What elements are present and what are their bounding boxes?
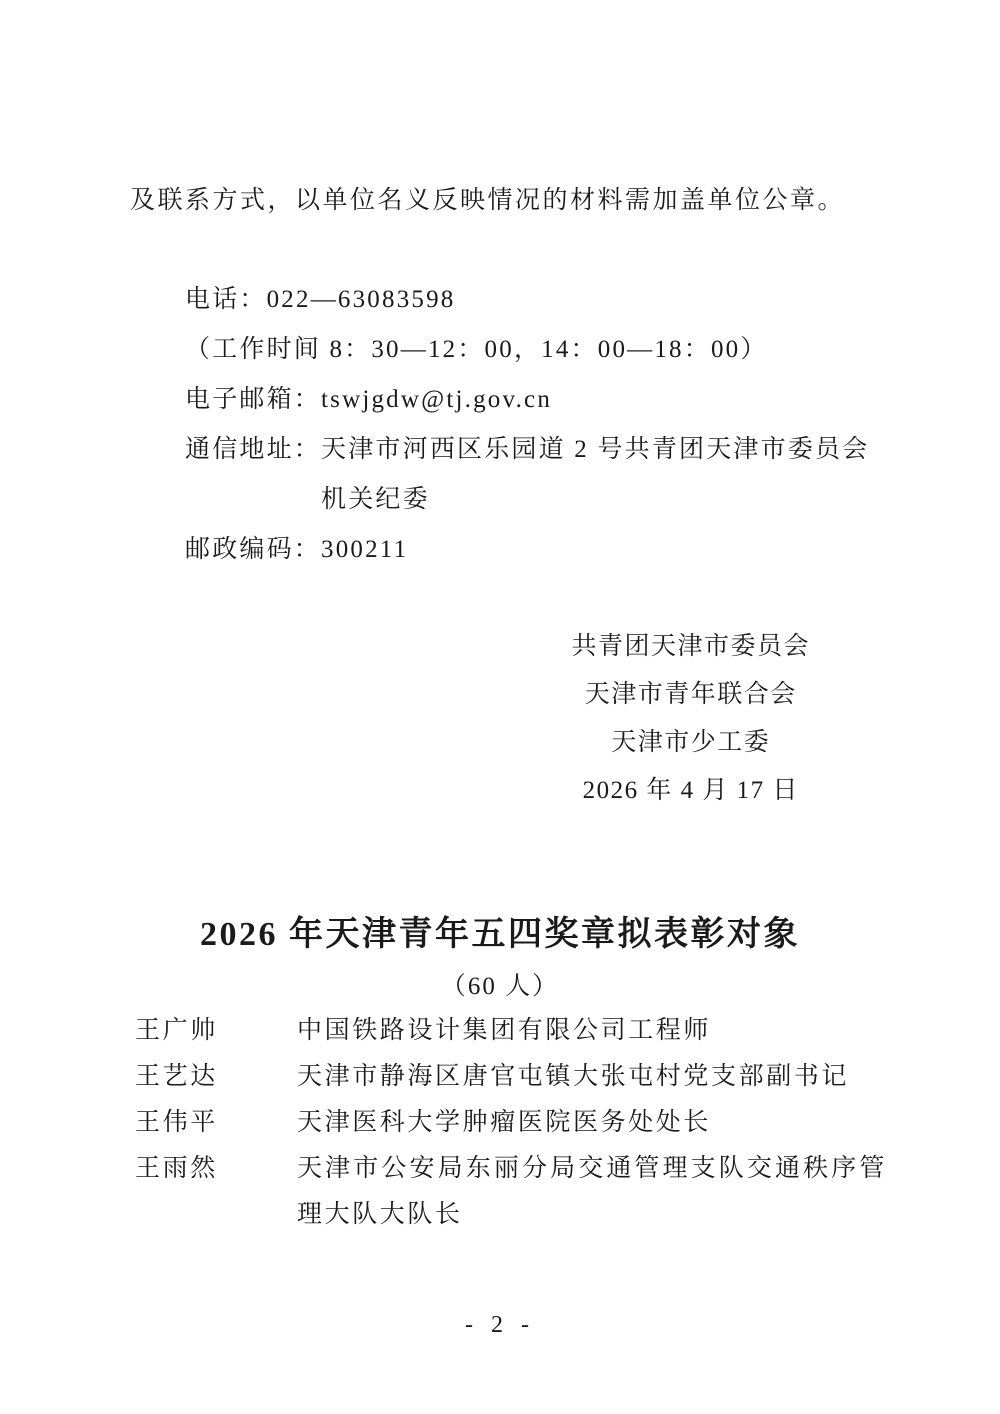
- list-item: 王伟平 天津医科大学肿瘤医院医务处处长: [135, 1100, 887, 1146]
- honoree-list: 王广帅 中国铁路设计集团有限公司工程师 王艺达 天津市静海区唐官屯镇大张屯村党支…: [135, 1008, 887, 1238]
- honoree-title: 天津市静海区唐官屯镇大张屯村党支部副书记: [297, 1054, 887, 1100]
- signature-date: 2026 年 4 月 17 日: [571, 767, 810, 815]
- contact-postal-code: 邮政编码：300211: [185, 525, 869, 575]
- honoree-title: 天津市公安局东丽分局交通管理支队交通秩序管理大队大队长: [297, 1146, 887, 1238]
- contact-block: 电话：022—63083598 （工作时间 8：30—12：00，14：00—1…: [185, 275, 869, 575]
- document-page: 及联系方式，以单位名义反映情况的材料需加盖单位公章。 电话：022—630835…: [0, 0, 1000, 1414]
- announcement-title: 2026 年天津青年五四奖章拟表彰对象: [0, 906, 1000, 955]
- body-paragraph: 及联系方式，以单位名义反映情况的材料需加盖单位公章。: [130, 186, 845, 216]
- contact-address-line1: 通信地址：天津市河西区乐园道 2 号共青团天津市委员会: [185, 425, 869, 475]
- contact-address-label: 通信地址：: [185, 436, 321, 463]
- signature-org-youth-league: 共青团天津市委员会: [571, 623, 810, 671]
- contact-address-value: 天津市河西区乐园道 2 号共青团天津市委员会: [321, 436, 869, 463]
- contact-working-hours: （工作时间 8：30—12：00，14：00—18：00）: [185, 325, 869, 375]
- honoree-title: 天津医科大学肿瘤医院医务处处长: [297, 1100, 887, 1146]
- signature-org-young-pioneers: 天津市少工委: [571, 719, 810, 767]
- announcement-subtitle: （60 人）: [0, 966, 1000, 1002]
- contact-email: 电子邮箱：tswjgdw@tj.gov.cn: [185, 375, 869, 425]
- contact-address-line2: 机关纪委: [185, 475, 869, 525]
- honoree-title: 中国铁路设计集团有限公司工程师: [297, 1008, 887, 1054]
- honoree-name: 王雨然: [135, 1146, 297, 1192]
- contact-phone: 电话：022—63083598: [185, 275, 869, 325]
- signature-org-youth-federation: 天津市青年联合会: [571, 671, 810, 719]
- signature-block: 共青团天津市委员会 天津市青年联合会 天津市少工委 2026 年 4 月 17 …: [571, 623, 810, 815]
- list-item: 王雨然 天津市公安局东丽分局交通管理支队交通秩序管理大队大队长: [135, 1146, 887, 1238]
- list-item: 王艺达 天津市静海区唐官屯镇大张屯村党支部副书记: [135, 1054, 887, 1100]
- list-item: 王广帅 中国铁路设计集团有限公司工程师: [135, 1008, 887, 1054]
- honoree-name: 王伟平: [135, 1100, 297, 1146]
- honoree-name: 王广帅: [135, 1008, 297, 1054]
- page-number: - 2 -: [0, 1305, 1000, 1345]
- honoree-name: 王艺达: [135, 1054, 297, 1100]
